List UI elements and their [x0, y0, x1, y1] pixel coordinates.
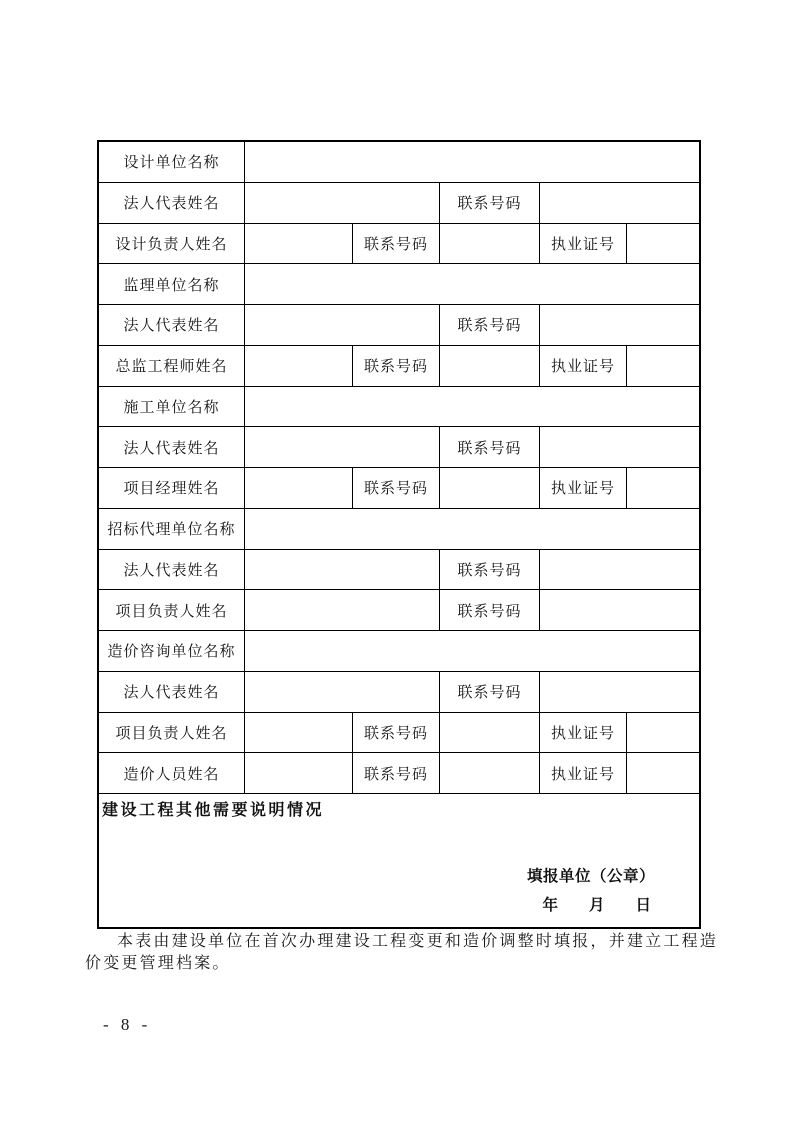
field-label: 法人代表姓名 — [99, 183, 245, 223]
field-value-cell — [245, 427, 440, 467]
field-label: 施工单位名称 — [99, 387, 245, 427]
field-label: 法人代表姓名 — [99, 550, 245, 590]
field-value-cell — [627, 346, 699, 386]
field-value-cell — [245, 713, 353, 753]
table-row: 法人代表姓名联系号码 — [99, 427, 699, 468]
field-value-cell — [540, 590, 699, 630]
stamp-block: 填报单位（公章） 年 月 日 — [527, 864, 655, 915]
field-label: 执业证号 — [540, 753, 627, 793]
field-label: 造价咨询单位名称 — [99, 631, 245, 671]
field-label: 设计负责人姓名 — [99, 224, 245, 264]
field-value-cell — [245, 468, 353, 508]
field-value-cell — [440, 753, 540, 793]
document-page: 设计单位名称法人代表姓名联系号码设计负责人姓名联系号码执业证号监理单位名称法人代… — [0, 0, 793, 1122]
field-label: 法人代表姓名 — [99, 427, 245, 467]
table-row: 项目经理姓名联系号码执业证号 — [99, 468, 699, 509]
table-row: 造价人员姓名联系号码执业证号 — [99, 753, 699, 794]
field-value-cell — [245, 550, 440, 590]
field-value-cell — [245, 224, 353, 264]
field-label: 设计单位名称 — [99, 142, 245, 182]
field-value-cell — [245, 264, 699, 304]
field-label: 联系号码 — [353, 468, 440, 508]
table-row: 项目负责人姓名联系号码 — [99, 590, 699, 631]
field-value-cell — [245, 183, 440, 223]
date-line: 年 月 日 — [527, 893, 655, 915]
field-value-cell — [440, 224, 540, 264]
field-label: 项目负责人姓名 — [99, 713, 245, 753]
field-value-cell — [245, 672, 440, 712]
date-month-label: 月 — [589, 893, 605, 915]
field-label: 法人代表姓名 — [99, 305, 245, 345]
field-label: 项目负责人姓名 — [99, 590, 245, 630]
date-day-label: 日 — [635, 893, 651, 915]
field-value-cell — [540, 305, 699, 345]
field-label: 执业证号 — [540, 468, 627, 508]
table-row: 施工单位名称 — [99, 387, 699, 428]
field-value-cell — [440, 468, 540, 508]
field-label: 联系号码 — [353, 346, 440, 386]
field-value-cell — [245, 346, 353, 386]
field-label: 联系号码 — [440, 305, 540, 345]
field-value-cell — [627, 224, 699, 264]
field-label: 总监工程师姓名 — [99, 346, 245, 386]
field-value-cell — [245, 305, 440, 345]
table-row: 法人代表姓名联系号码 — [99, 305, 699, 346]
field-label: 联系号码 — [440, 427, 540, 467]
date-year-label: 年 — [542, 893, 558, 915]
field-value-cell — [440, 713, 540, 753]
field-value-cell — [627, 713, 699, 753]
table-row: 招标代理单位名称 — [99, 509, 699, 550]
field-label: 执业证号 — [540, 713, 627, 753]
field-value-cell — [540, 672, 699, 712]
field-label: 造价人员姓名 — [99, 753, 245, 793]
table-row: 监理单位名称 — [99, 264, 699, 305]
table-row: 法人代表姓名联系号码 — [99, 550, 699, 591]
field-value-cell — [245, 590, 440, 630]
table-row: 总监工程师姓名联系号码执业证号 — [99, 346, 699, 387]
field-label: 监理单位名称 — [99, 264, 245, 304]
field-label: 执业证号 — [540, 346, 627, 386]
field-label: 联系号码 — [353, 753, 440, 793]
field-value-cell — [245, 753, 353, 793]
field-label: 执业证号 — [540, 224, 627, 264]
field-label: 招标代理单位名称 — [99, 509, 245, 549]
field-label: 联系号码 — [440, 590, 540, 630]
table-row: 法人代表姓名联系号码 — [99, 672, 699, 713]
note-label: 建设工程其他需要说明情况 — [102, 797, 324, 820]
field-label: 项目经理姓名 — [99, 468, 245, 508]
field-value-cell — [540, 550, 699, 590]
table-row: 造价咨询单位名称 — [99, 631, 699, 672]
table-row: 设计单位名称 — [99, 142, 699, 183]
field-value-cell — [440, 346, 540, 386]
table-row: 法人代表姓名联系号码 — [99, 183, 699, 224]
field-value-cell — [540, 427, 699, 467]
field-value-cell — [627, 468, 699, 508]
field-value-cell — [540, 183, 699, 223]
table-row: 项目负责人姓名联系号码执业证号 — [99, 713, 699, 754]
note-row: 建设工程其他需要说明情况 填报单位（公章） 年 月 日 — [99, 794, 699, 927]
field-label: 联系号码 — [353, 224, 440, 264]
field-label: 联系号码 — [440, 550, 540, 590]
field-value-cell — [245, 387, 699, 427]
stamp-unit-label: 填报单位（公章） — [527, 864, 655, 886]
form-table: 设计单位名称法人代表姓名联系号码设计负责人姓名联系号码执业证号监理单位名称法人代… — [97, 140, 701, 929]
field-label: 联系号码 — [440, 672, 540, 712]
field-value-cell — [245, 631, 699, 671]
field-value-cell — [245, 509, 699, 549]
field-label: 法人代表姓名 — [99, 672, 245, 712]
field-label: 联系号码 — [353, 713, 440, 753]
field-value-cell — [245, 142, 699, 182]
page-number: - 8 - — [103, 1015, 151, 1035]
footnote: 本表由建设单位在首次办理建设工程变更和造价调整时填报，并建立工程造价变更管理档案… — [85, 931, 718, 975]
field-value-cell — [627, 753, 699, 793]
table-row: 设计负责人姓名联系号码执业证号 — [99, 224, 699, 265]
field-label: 联系号码 — [440, 183, 540, 223]
